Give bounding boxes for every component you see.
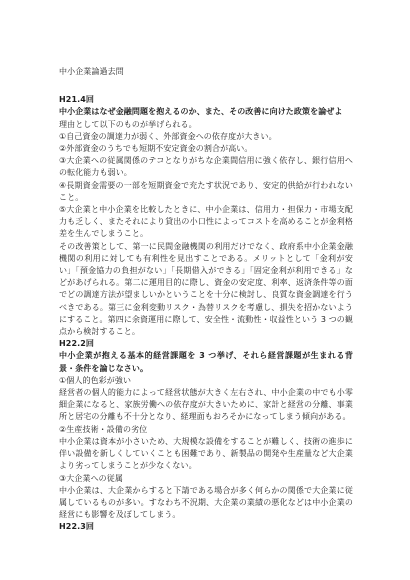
exam-section-h22-2: H22.2回 中小企業が抱える基本的経営課題を 3 つ挙げ、それら経営課題が生ま… — [59, 338, 353, 521]
exam-section-h21-4: H21.4回 中小企業はなぜ金融問題を抱えるのか、また、その改善に向けた政策を論… — [59, 94, 353, 338]
document-title: 中小企業論過去問 — [59, 66, 353, 78]
section-heading: H22.2回 — [59, 338, 353, 350]
section-heading: H22.3回 — [59, 521, 353, 533]
paragraph-issue-1-title: ①個人的色彩が強い — [59, 375, 353, 387]
document-page: 中小企業論過去問 H21.4回 中小企業はなぜ金融問題を抱えるのか、また、その改… — [0, 0, 410, 580]
paragraph-issue-2-body: 中小企業は資本が小さいため、大規模な設備をすることが難しく、技術の進歩に伴い設備… — [59, 436, 353, 473]
paragraph-issue-2-title: ②生産技術・設備の劣位 — [59, 424, 353, 436]
paragraph-reason-3: ③大企業への従属関係のテコとなりがちな企業間信用に強く依存し、銀行信用への転化能… — [59, 155, 353, 179]
exam-section-h22-3: H22.3回 — [59, 521, 353, 533]
paragraph-reason-4: ④長期資金需要の一部を短期資金で充たす状況であり、安定的供給が行われないこと。 — [59, 180, 353, 204]
paragraph-reason-5: ⑤大企業と中小企業を比較したときに、中小企業は、信用力・担保力・市場支配力も乏し… — [59, 204, 353, 241]
paragraph-reason-1: ①自己資金の調達力が弱く、外部資金への依存度が大きい。 — [59, 131, 353, 143]
section-question: 中小企業はなぜ金融問題を抱えるのか、また、その改善に向けた政策を論ぜよ — [59, 106, 353, 118]
paragraph-reason-2: ②外部資金のうちでも短期不安定資金の割合が高い。 — [59, 143, 353, 155]
paragraph-issue-1-body: 経営者の個人的能力によって経営状態が大きく左右され、中小企業の中でも小零細企業に… — [59, 387, 353, 424]
section-question: 中小企業が抱える基本的経営課題を 3 つ挙げ、それら経営課題が生まれる背景・条件… — [59, 350, 353, 374]
paragraph-issue-3-title: ③大企業への従属 — [59, 473, 353, 485]
paragraph-issue-3-body: 中小企業は、大企業からすると下請である場合が多く何らかの関係で大企業に従属してい… — [59, 485, 353, 522]
paragraph-improvement-measures: その改善策として、第一に民間金融機関の利用だけでなく、政府系中小企業金融機関の利… — [59, 241, 353, 339]
paragraph-reasons-intro: 理由として以下のものが挙げられる。 — [59, 119, 353, 131]
section-heading: H21.4回 — [59, 94, 353, 106]
